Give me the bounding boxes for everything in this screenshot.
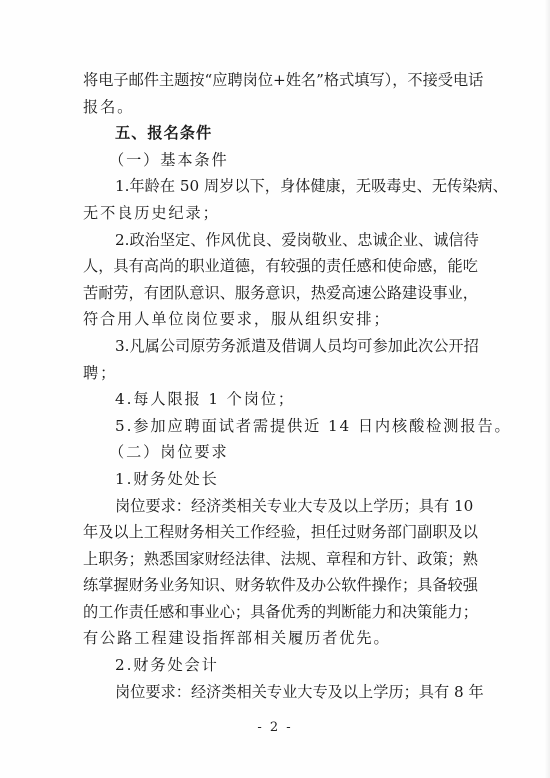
position-title-finance-director: 1.财务处处长 [83,466,469,493]
condition-item-2: 2.政治坚定、作风优良、爱岗敬业、忠诚企业、诚信待 [83,227,469,254]
paragraph-line: 上职务；熟悉国家财经法律、法规、章程和方针、政策；熟 [83,546,469,573]
document-body: 将电子邮件主题按“应聘岗位+姓名”格式填写），不接受电话 报名。 五、报名条件 … [83,67,469,705]
condition-item-4: 4.每人限报 1 个岗位； [83,386,469,413]
page-edge [544,0,550,778]
paragraph-line: 无不良历史纪录； [83,200,469,227]
paragraph-line: 将电子邮件主题按“应聘岗位+姓名”格式填写），不接受电话 [83,67,469,94]
position-title-finance-accountant: 2.财务处会计 [83,652,469,679]
paragraph-line: 有公路工程建设指挥部相关履历者优先。 [83,625,469,652]
document-page: 将电子邮件主题按“应聘岗位+姓名”格式填写），不接受电话 报名。 五、报名条件 … [0,0,550,778]
subsection-heading-basic-conditions: （一）基本条件 [83,147,469,174]
paragraph-line: 的工作责任感和事业心；具备优秀的判断能力和决策能力； [83,599,469,626]
paragraph-line: 人，具有高尚的职业道德，有较强的责任感和使命感，能吃 [83,253,469,280]
paragraph-line: 苦耐劳，有团队意识、服务意识，热爱高速公路建设事业， [83,280,469,307]
paragraph-line: 年及以上工程财务相关工作经验，担任过财务部门副职及以 [83,519,469,546]
subsection-heading-position-requirements: （二）岗位要求 [83,439,469,466]
section-heading-registration-conditions: 五、报名条件 [83,120,469,147]
condition-item-3: 3.凡属公司原劳务派遣及借调人员均可参加此次公开招 [83,333,469,360]
paragraph-line: 聘； [83,360,469,387]
paragraph-line: 练掌握财务业务知识、财务软件及办公软件操作；具备较强 [83,572,469,599]
condition-item-5: 5.参加应聘面试者需提供近 14 日内核酸检测报告。 [83,413,469,440]
paragraph-line: 报名。 [83,94,469,121]
position-requirements-line: 岗位要求：经济类相关专业大专及以上学历；具有 10 [83,493,469,520]
page-number: - 2 - [0,720,550,735]
condition-item-1: 1.年龄在 50 周岁以下，身体健康，无吸毒史、无传染病、 [83,173,469,200]
position-requirements-line: 岗位要求：经济类相关专业大专及以上学历；具有 8 年 [83,679,469,706]
paragraph-line: 符合用人单位岗位要求，服从组织安排； [83,306,469,333]
